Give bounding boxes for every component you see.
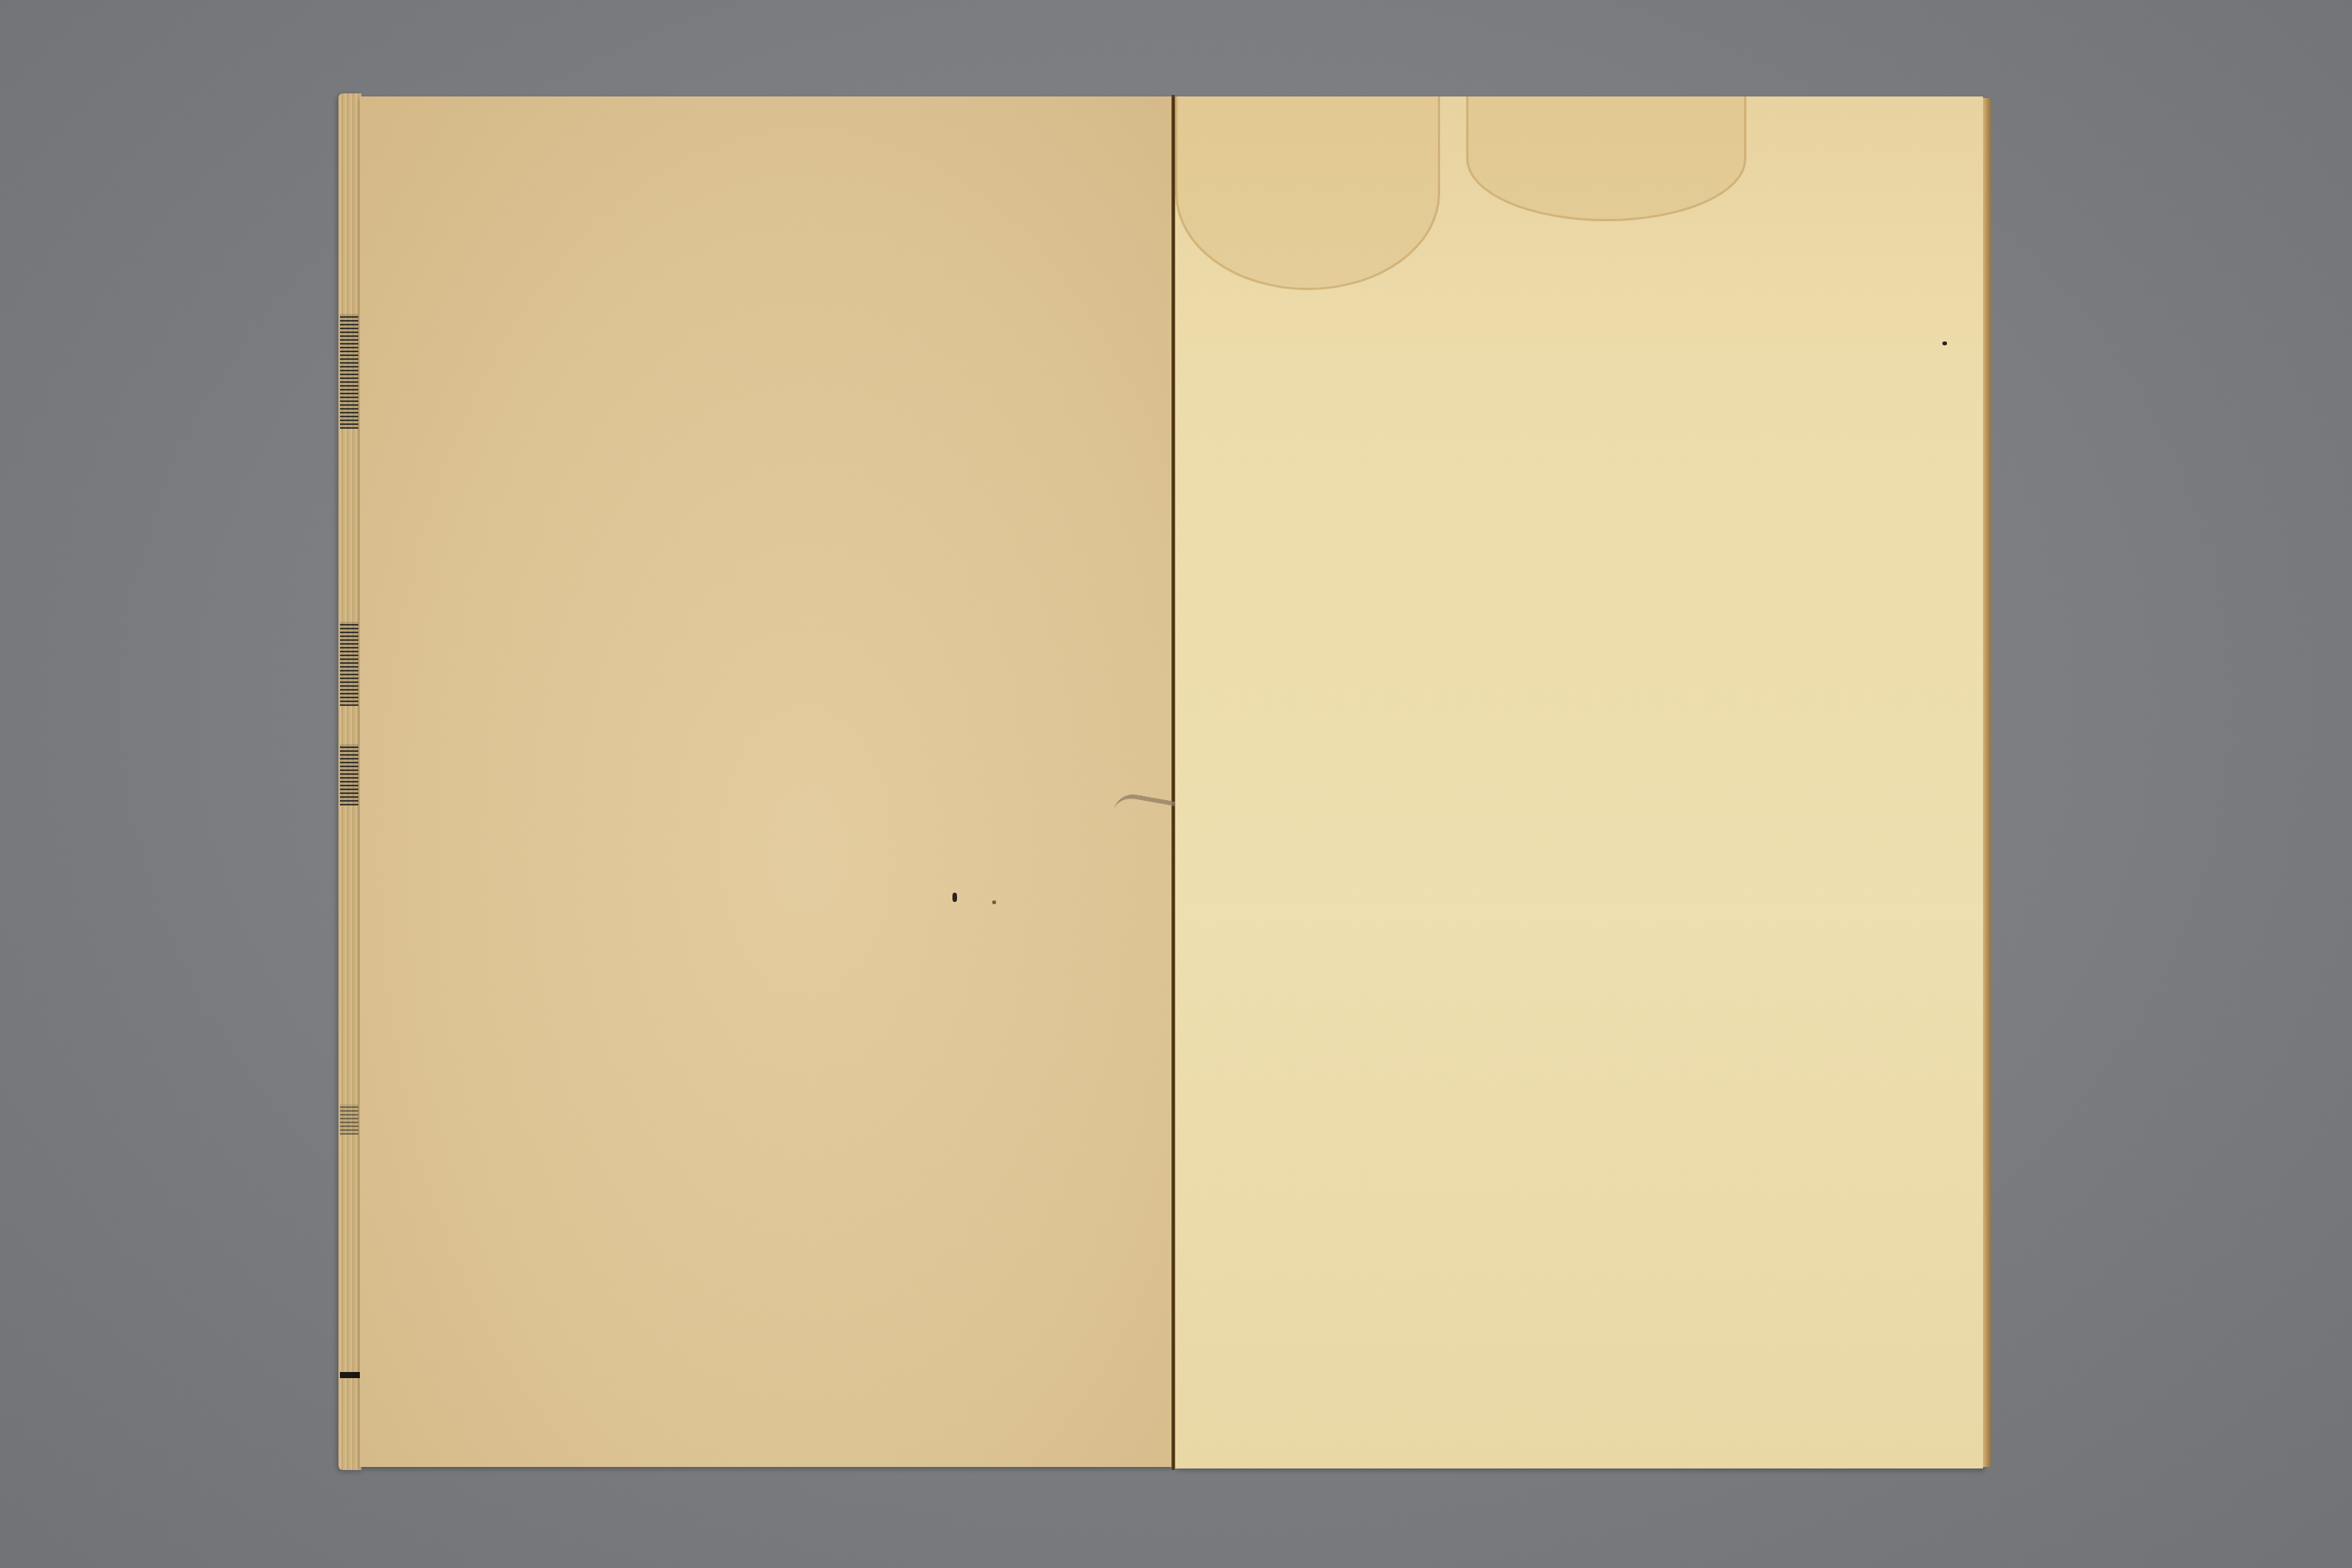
right-page <box>1175 96 1983 1468</box>
ink-spot <box>992 900 996 904</box>
edge-dark-band <box>340 1372 361 1378</box>
ink-spot <box>952 893 957 902</box>
book-photo <box>0 0 2352 1568</box>
edge-ink-mark <box>340 622 358 706</box>
water-stain <box>1175 96 1440 290</box>
right-page-edge <box>1983 98 1991 1467</box>
edge-ink-mark <box>340 314 358 429</box>
edge-ink-mark <box>340 744 358 805</box>
left-page <box>360 96 1171 1467</box>
page-stack-edge <box>338 93 361 1470</box>
edge-ink-mark <box>340 1104 358 1135</box>
water-stain <box>1466 96 1746 221</box>
ink-spot <box>1942 341 1947 345</box>
